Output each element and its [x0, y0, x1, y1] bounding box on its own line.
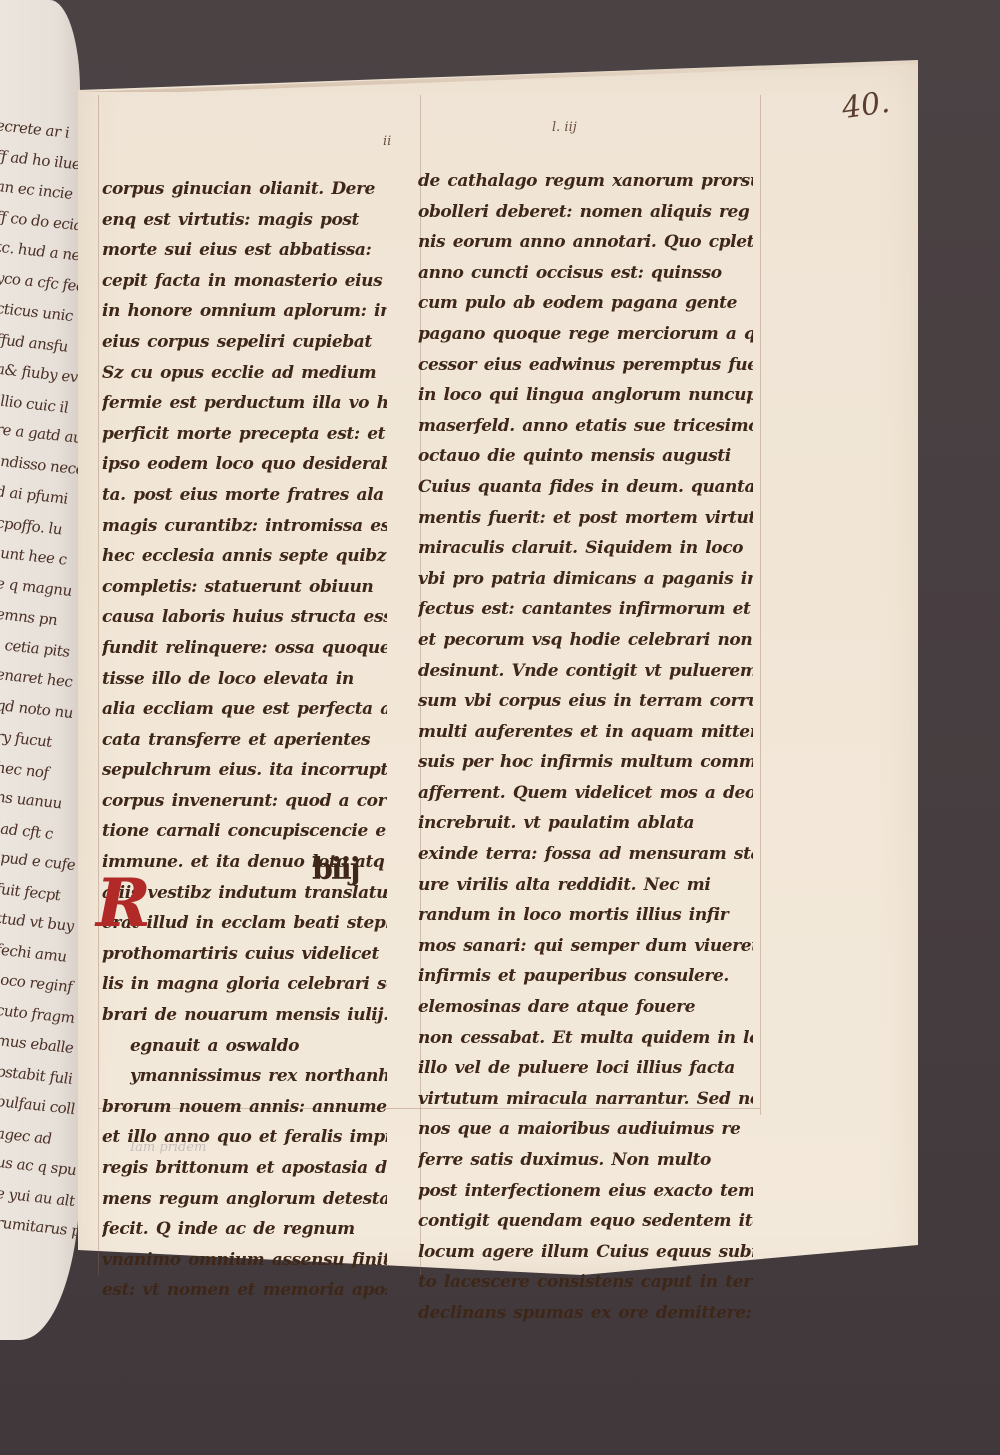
manuscript-line: declinans spumas ex ore demittere:	[418, 1298, 753, 1329]
left-page-text-fragment: cpoffo. lu	[0, 513, 62, 538]
left-page-text-fragment: an ec incie	[0, 177, 72, 203]
manuscript-line: vnanimo omnium assensu finitum	[102, 1245, 387, 1276]
manuscript-line: desinunt. Vnde contigit vt puluerem ip	[418, 656, 753, 687]
manuscript-line: est: vt nomen et memoria apostatarum	[102, 1275, 387, 1306]
manuscript-line: cata transferre et aperientes	[102, 725, 387, 756]
left-page-text-fragment: emns pn	[0, 605, 57, 629]
manuscript-line: infirmis et pauperibus consulere.	[418, 961, 753, 992]
text-column-left: corpus ginucian olianit. Dereenq est vir…	[102, 174, 387, 1306]
manuscript-line: completis: statuerunt obiuun	[102, 572, 387, 603]
manuscript-line: ure virilis alta reddidit. Nec mi	[418, 870, 753, 901]
left-facing-page: ecrete ar iff ad ho iluean ec incieff co…	[0, 0, 80, 1340]
manuscript-line: ipso eodem loco quo desiderabat hu	[102, 449, 387, 480]
manuscript-line: cessor eius eadwinus peremptus fuerat	[418, 350, 753, 381]
manuscript-line: fundit relinquere: ossa quoque abba	[102, 633, 387, 664]
manuscript-line: suis per hoc infirmis multum commodi	[418, 747, 753, 778]
manuscript-line: vbi pro patria dimicans a paganis inter	[418, 564, 753, 595]
manuscript-line: cum pulo ab eodem pagana gente	[418, 288, 753, 319]
left-page-text-fragment: loco reginf	[0, 970, 72, 996]
manuscript-line: pagano quoque rege merciorum a quo pdo	[418, 319, 753, 350]
folio-number: 40.	[840, 85, 892, 126]
manuscript-line: increbruit. vt paulatim ablata	[418, 808, 753, 839]
decorated-initial-r: R	[96, 870, 151, 936]
marginal-note-center: l. iij	[552, 120, 577, 135]
manuscript-line: alia eccliam que est perfecta ac dedi	[102, 694, 387, 725]
left-page-text-fragment: pstabit fuli	[0, 1061, 72, 1087]
manuscript-line: prothomartiris cuius videlicet nata	[102, 939, 387, 970]
left-page-text-fragment: ff co do ecia	[0, 207, 80, 234]
left-page-text-fragment: fechi amu	[0, 940, 66, 965]
left-page-text-fragment: agec ad	[0, 1124, 52, 1148]
manuscript-line: anno cuncti occisus est: quinsso	[418, 258, 753, 289]
manuscript-line: sum vbi corpus eius in terram corruit	[418, 686, 753, 717]
manuscript-line: perficit morte precepta est: et i	[102, 419, 387, 450]
manuscript-line: in loco qui lingua anglorum nuncupatur	[418, 380, 753, 411]
left-page-text-fragment: i cetia pits	[0, 635, 70, 661]
left-page-text-fragment: ns uanuu	[0, 788, 62, 813]
manuscript-line: lis in magna gloria celebrari sollet	[102, 969, 387, 1000]
manuscript-line: contigit quendam equo sedentem iter iux	[418, 1206, 753, 1237]
marginal-note-left: ii	[383, 134, 391, 149]
left-page-text-fragment: ffud ansfu	[0, 330, 68, 356]
manuscript-line: cepit facta in monasterio eius ecclia	[102, 266, 387, 297]
manuscript-line: octauo die quinto mensis augusti	[418, 441, 753, 472]
manuscript-line: elemosinas dare atque fouere	[418, 992, 753, 1023]
manuscript-line: brari de nouarum mensis iulij.	[102, 1000, 387, 1031]
manuscript-line: in honore omnium aplorum: in q	[102, 296, 387, 327]
manuscript-line: mentis fuerit: et post mortem virtutum	[418, 503, 753, 534]
left-page-text-fragment: enaret hec	[0, 665, 72, 691]
left-page-text-fragment: e q magnu	[0, 574, 72, 600]
left-page-text-fragment: ttud vt buy	[0, 909, 74, 935]
manuscript-line: et pecorum vsq hodie celebrari non	[418, 625, 753, 656]
left-page-text-fragment: hec nof	[0, 758, 48, 782]
left-page-text-fragment: bulfaui coll	[0, 1092, 75, 1118]
left-page-text-fragment: cuto fragm	[0, 1000, 74, 1026]
manuscript-line: mens regum anglorum detestabile	[102, 1184, 387, 1215]
manuscript-line: post interfectionem eius exacto tempore	[418, 1176, 753, 1207]
manuscript-line: exinde terra: fossa ad mensuram stat	[418, 839, 753, 870]
manuscript-line: virtutum miracula narrantur. Sed nos	[418, 1084, 753, 1115]
manuscript-line: randum in loco mortis illius infir	[418, 900, 753, 931]
manuscript-line: brorum nouem annis: annumerato	[102, 1092, 387, 1123]
manuscript-line: morte sui eius est abbatissa:	[102, 235, 387, 266]
left-page-text-fragment: iunt hee c	[0, 543, 67, 568]
faint-marginal-note: Iam pridem	[130, 1140, 206, 1155]
manuscript-line: to lacescere consistens caput in terram	[418, 1267, 753, 1298]
left-page-text-fragment: ry fucut	[0, 727, 52, 751]
manuscript-line: regis brittonum et apostasia de	[102, 1153, 387, 1184]
manuscript-line: ta. post eius morte fratres ala	[102, 480, 387, 511]
manuscript-line: obolleri deberet: nomen aliquis reg	[418, 197, 753, 228]
manuscript-line: fermie est perductum illa vo hoc	[102, 388, 387, 419]
left-page-text-fragment: mus eballe	[0, 1031, 73, 1057]
manuscript-line: egnauit a oswaldo	[102, 1031, 387, 1062]
manuscript-line: ferre satis duximus. Non multo	[418, 1145, 753, 1176]
manuscript-line: magis curantibz: intromissa est	[102, 511, 387, 542]
manuscript-line: tisse illo de loco elevata in	[102, 664, 387, 695]
manuscript-line: de cathalago regum xanorum prorsus	[418, 166, 753, 197]
left-page-text-fragment: us ac q spu	[0, 1153, 76, 1179]
left-page-text-fragment: qd noto nu	[0, 695, 73, 721]
manuscript-line: maserfeld. anno etatis sue tricesimo	[418, 411, 753, 442]
left-page-text-fragment: d ai pfumi	[0, 482, 68, 508]
manuscript-line: ymannissimus rex northanhim	[102, 1061, 387, 1092]
left-page-text-fragment: yco a cfc fec	[0, 268, 80, 295]
left-page-text-fragment: e yui au alt	[0, 1183, 75, 1209]
left-page-text-fragment: re a gatd aug	[0, 420, 80, 448]
manuscript-line: tione carnali concupiscencie erat	[102, 816, 387, 847]
ruling-line-right	[760, 95, 761, 1115]
manuscript-line: causa laboris huius structa esse	[102, 602, 387, 633]
left-page-text-fragment: cticus unic	[0, 299, 73, 325]
manuscript-line: Sz cu opus ecclie ad medium	[102, 358, 387, 389]
manuscript-line: locum agere illum Cuius equus subi	[418, 1237, 753, 1268]
manuscript-line: nis eorum anno annotari. Quo cpleto	[418, 227, 753, 258]
left-page-text-fragment: a& fiuby ev	[0, 360, 78, 387]
manuscript-line: hec ecclesia annis septe quibz	[102, 541, 387, 572]
manuscript-line: sepulchrum eius. ita incorruptum	[102, 755, 387, 786]
text-column-right: de cathalago regum xanorum prorsusobolle…	[418, 166, 753, 1329]
manuscript-line: miraculis claruit. Siquidem in loco	[418, 533, 753, 564]
ruling-line-left	[98, 95, 99, 1275]
chapter-marker: biij	[312, 852, 359, 887]
left-page-text-fragment: ff ad ho ilue	[0, 146, 80, 173]
left-page-text-fragment: lad cft c	[0, 819, 53, 843]
manuscript-line: mos sanari: qui semper dum viueret	[418, 931, 753, 962]
left-page-text-fragment: rumitarus pl	[0, 1213, 80, 1240]
manuscript-line: corpus invenerunt: quod a corrup	[102, 786, 387, 817]
left-page-text-fragment: tc. hud a ne	[0, 238, 80, 265]
left-page-text-fragment: fuit fecpt	[0, 879, 60, 904]
left-page-text-fragment: indisso nece	[0, 451, 80, 478]
manuscript-line: eius corpus sepeliri cupiebat	[102, 327, 387, 358]
manuscript-line: non cessabat. Et multa quidem in loco	[418, 1023, 753, 1054]
manuscript-line: illo vel de puluere loci illius facta	[418, 1053, 753, 1084]
manuscript-line: Cuius quanta fides in deum. quanta deuot…	[418, 472, 753, 503]
manuscript-line: corpus ginucian olianit. Dere	[102, 174, 387, 205]
manuscript-line: enq est virtutis: magis post	[102, 205, 387, 236]
left-page-text-fragment: illio cuic il	[0, 391, 68, 417]
manuscript-line: afferrent. Quem videlicet mos a deo	[418, 778, 753, 809]
left-page-text-fragment: ecrete ar i	[0, 116, 69, 142]
left-page-text-fragment: ipud e cufe	[0, 848, 75, 874]
manuscript-line: multi auferentes et in aquam mittentes	[418, 717, 753, 748]
manuscript-line: nos que a maioribus audiuimus re	[418, 1114, 753, 1145]
manuscript-line: fectus est: cantantes infirmorum et homi…	[418, 594, 753, 625]
manuscript-line: fecit. Q inde ac de regnum	[102, 1214, 387, 1245]
